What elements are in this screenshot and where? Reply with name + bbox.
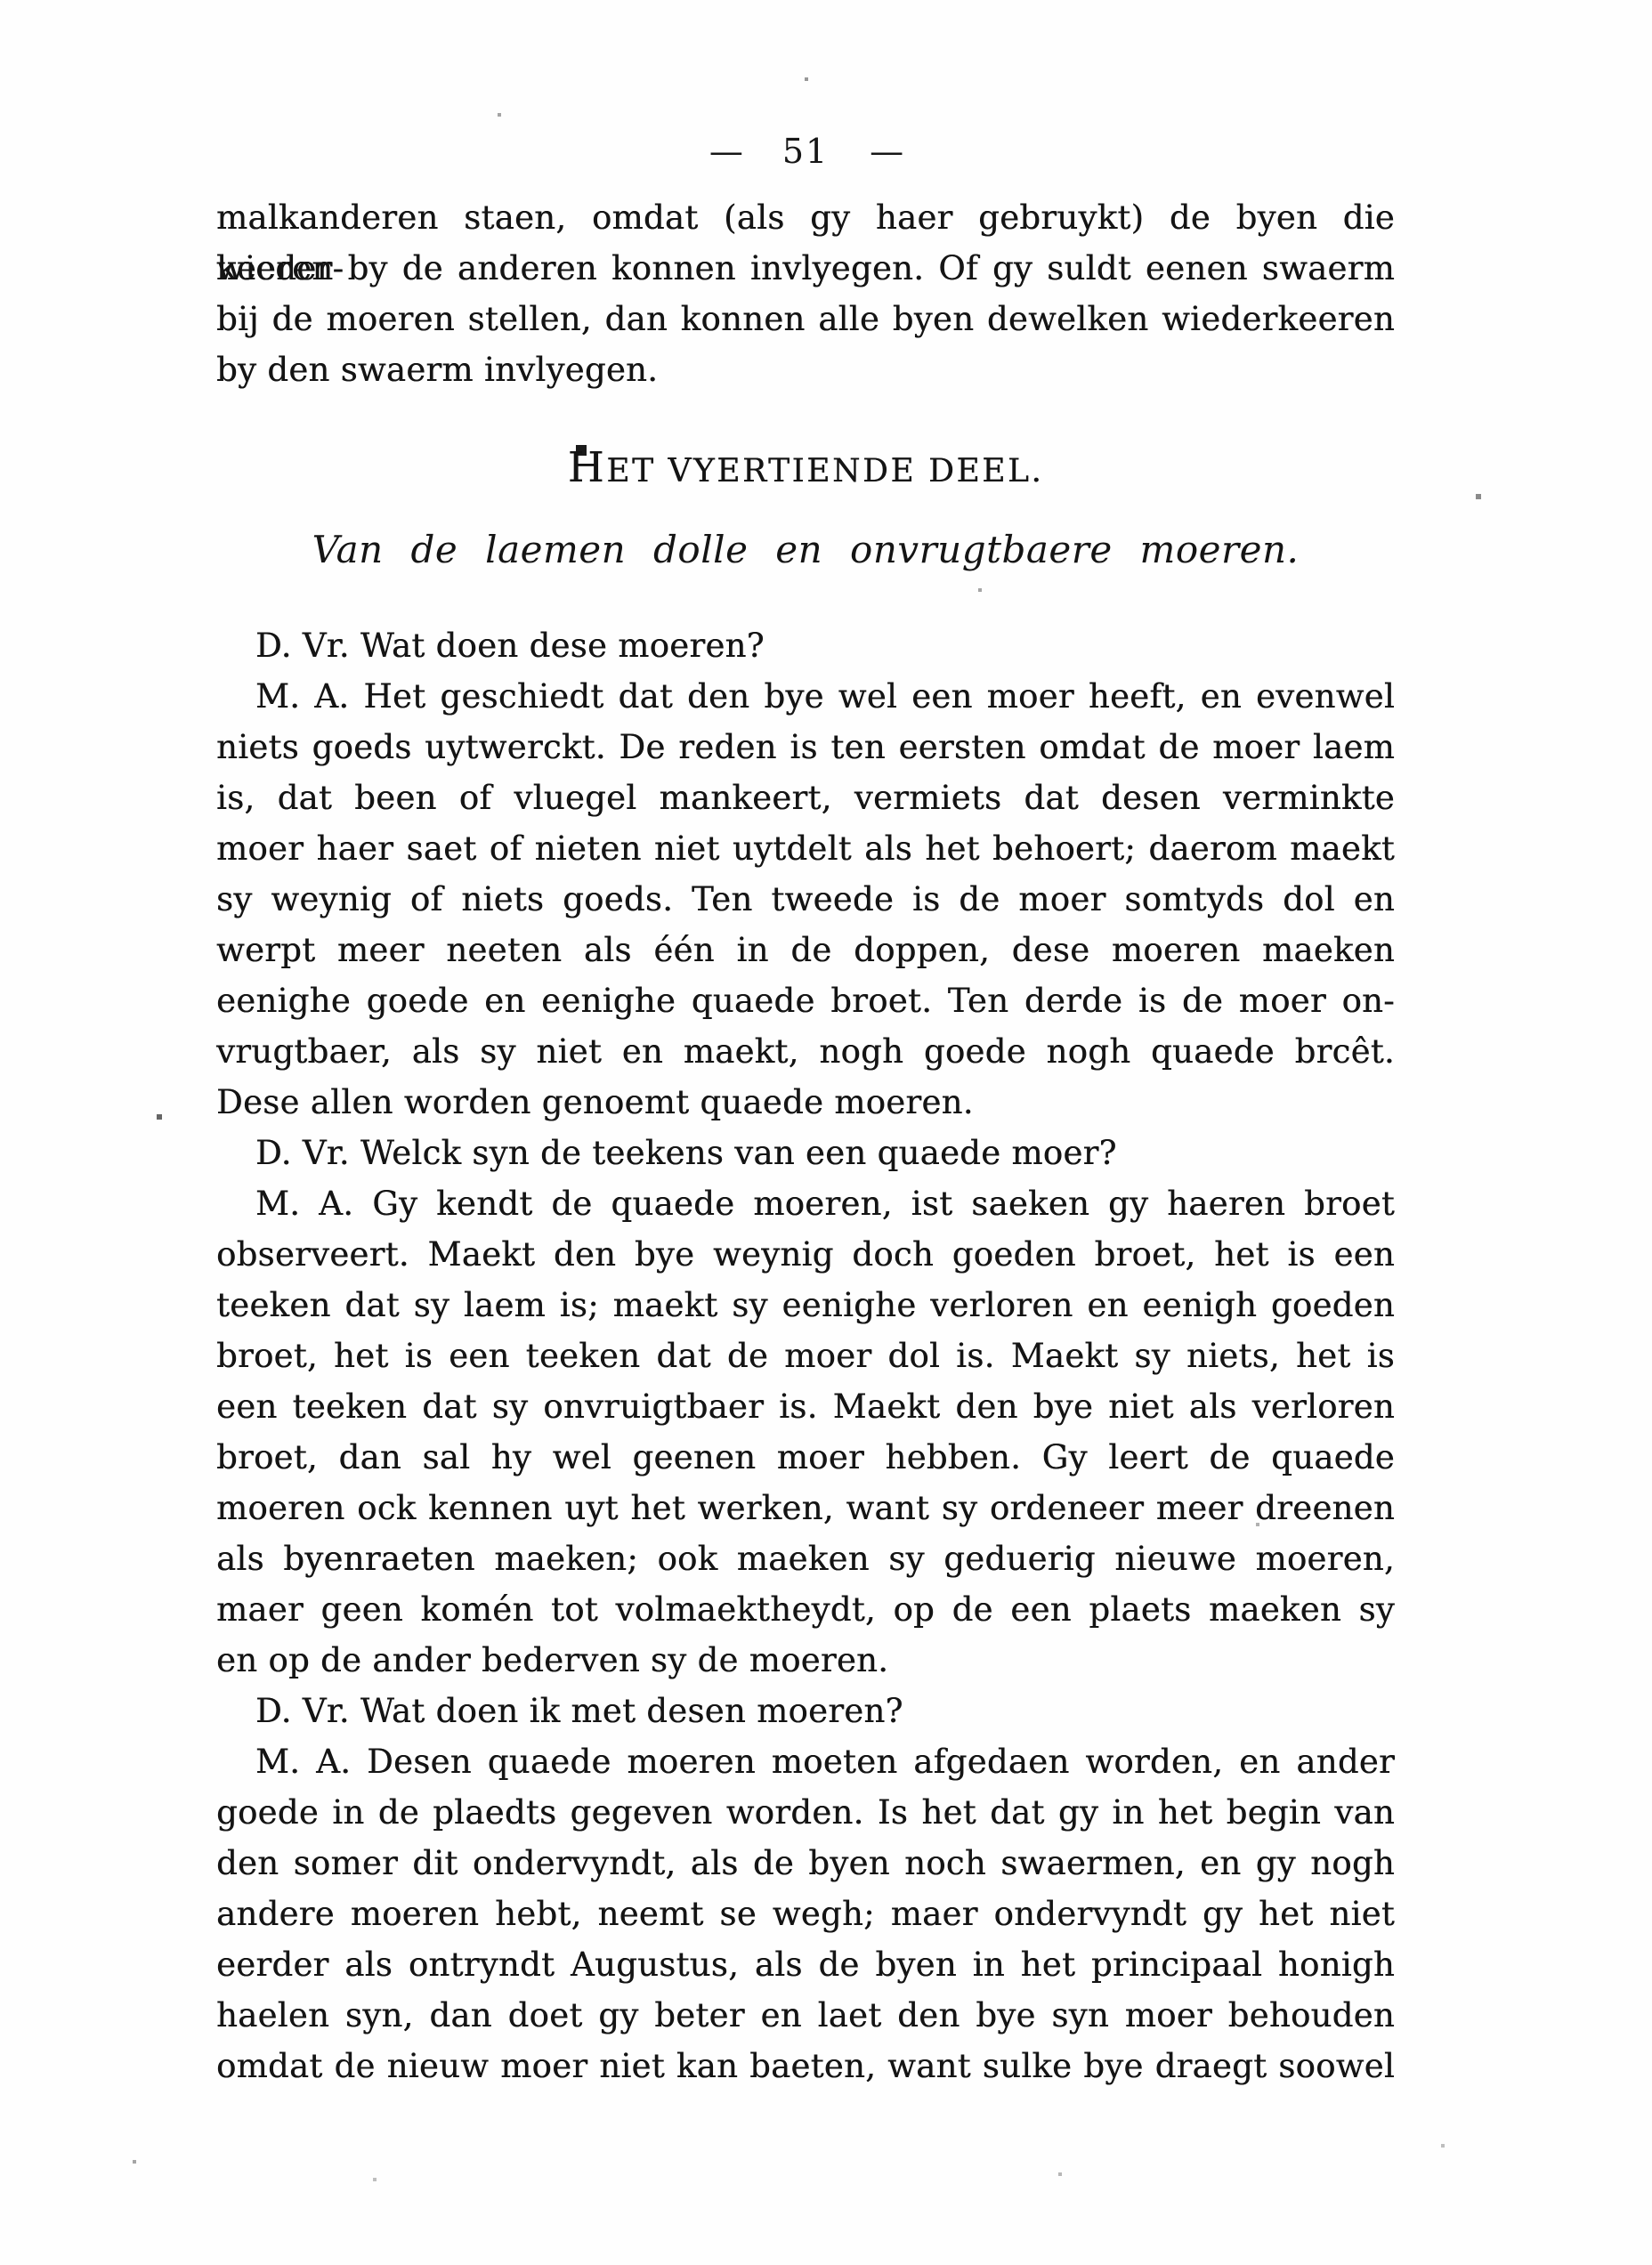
answer-line: en op de ander bederven sy de moeren. [216,1635,1395,1686]
answer-line: observeert. Maekt den bye weynig doch go… [216,1229,1395,1280]
answer-line: andere moeren hebt, neemt se wegh; maer … [216,1889,1395,1939]
question-line: D. Vr. Wat doen dese moeren? [216,620,1395,671]
page-number-dash-right: — [870,132,902,171]
answer-line: teeken dat sy laem is; maekt sy eenighe … [216,1280,1395,1331]
answer-line: een teeken dat sy onvruigtbaer is. Maekt… [216,1381,1395,1432]
answer-line: omdat de nieuw moer niet kan baeten, wan… [216,2041,1395,2091]
answer-line: sy weynig of niets goeds. Ten tweede is … [216,874,1395,925]
text-column: —51— malkanderen staen, omdat (als gy ha… [216,0,1395,2091]
intro-paragraph: malkanderen staen, omdat (als gy haer ge… [216,192,1395,395]
answer-line: als byenraeten maeken; ook maeken sy ged… [216,1533,1395,1584]
text-line: bij de moeren stellen, dan konnen alle b… [216,294,1395,344]
answer-line: M. A. Het geschiedt dat den bye wel een … [216,671,1395,722]
answer-line: haelen syn, dan doet gy beter en laet de… [216,1990,1395,2041]
chapter-heading-rest: ET VYERTIENDE DEEL. [606,453,1043,489]
answer-line: broet, dan sal hy wel geenen moer hebben… [216,1432,1395,1483]
question-line: D. Vr. Welck syn de teekens van een quae… [216,1128,1395,1178]
page-number: 51 [782,132,829,171]
text-line: keeren by de anderen konnen invlyegen. O… [216,243,1395,294]
answer-line: werpt meer neeten als één in de doppen, … [216,925,1395,975]
answer-line: broet, het is een teeken dat de moer dol… [216,1331,1395,1381]
chapter-subtitle: Van de laemen dolle en onvrugtbaere moer… [216,526,1395,574]
answer-line: goede in de plaedts gegeven worden. Is h… [216,1787,1395,1838]
text-line: malkanderen staen, omdat (als gy haer ge… [216,192,1395,243]
scanned-book-page: —51— malkanderen staen, omdat (als gy ha… [0,0,1652,2265]
answer-line: den somer dit ondervyndt, als de byen no… [216,1838,1395,1889]
answer-line: M. A. Gy kendt de quaede moeren, ist sae… [216,1178,1395,1229]
question-line: D. Vr. Wat doen ik met desen moeren? [216,1686,1395,1736]
answer-line: maer geen komén tot volmaektheydt, op de… [216,1584,1395,1635]
dialogue-text: D. Vr. Wat doen dese moeren? M. A. Het g… [216,620,1395,2091]
page-number-dash-left: — [709,132,741,171]
answer-line: eenighe goede en eenighe quaede broet. T… [216,975,1395,1026]
answer-line: niets goeds uytwerckt. De reden is ten e… [216,722,1395,773]
answer-line: vrugtbaer, als sy niet en maekt, nogh go… [216,1026,1395,1077]
answer-line: moer haer saet of nieten niet uytdelt al… [216,823,1395,874]
answer-line: moeren ock kennen uyt het werken, want s… [216,1483,1395,1533]
text-line: by den swaerm invlyegen. [216,344,1395,395]
scan-artifacts [0,0,2,2]
answer-line: is, dat been of vluegel mankeert, vermie… [216,773,1395,823]
answer-line: eerder als ontryndt Augustus, als de bye… [216,1939,1395,1990]
chapter-heading-initial: H [568,443,607,492]
page-number-header: —51— [216,130,1395,173]
answer-line: M. A. Desen quaede moeren moeten afgedae… [216,1736,1395,1787]
chapter-heading: HET VYERTIENDE DEEL. [216,446,1395,494]
answer-line: Dese allen worden genoemt quaede moeren. [216,1077,1395,1128]
